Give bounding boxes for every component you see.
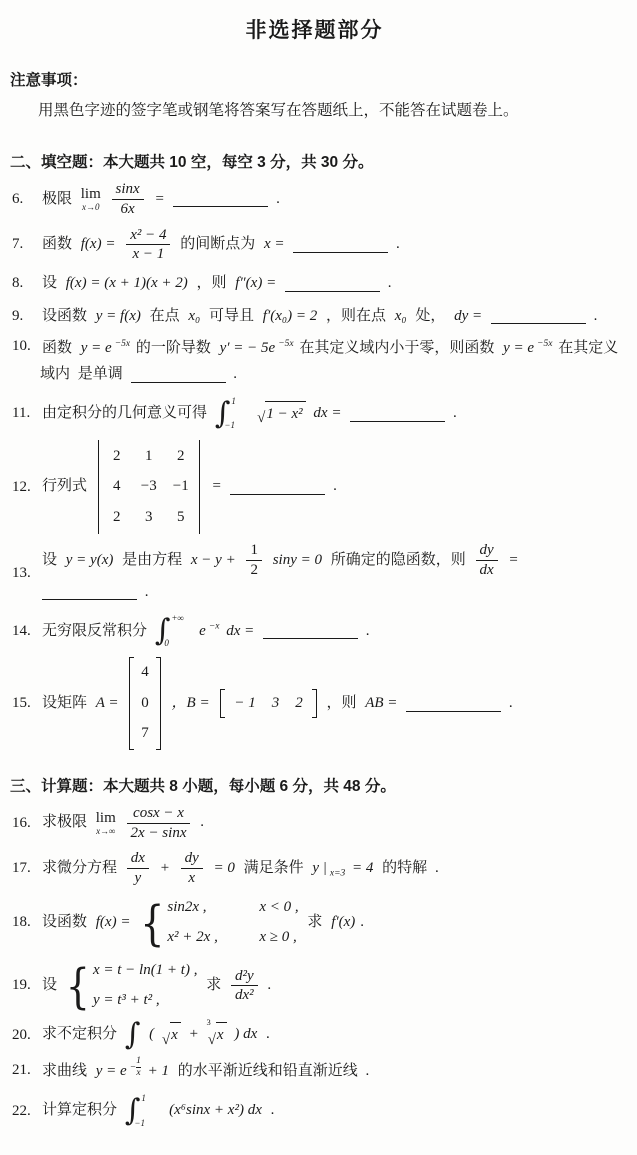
integral: +∞0 (155, 612, 191, 650)
question-body: 设函数 f(x) = sin2x ,x < 0 ,x² + 2x ,x ≥ 0 … (40, 895, 621, 951)
fraction: sinx6x (112, 180, 144, 219)
limit-operator: limx→0 (81, 187, 101, 212)
text-run: 的一阶导数 (136, 340, 211, 356)
matrix-cell: 2 (107, 444, 127, 470)
period: . (271, 1102, 275, 1118)
math-run: ，B = (172, 695, 210, 711)
right-bracket (156, 657, 161, 750)
fraction: 12 (246, 541, 262, 580)
text-run: 的水平渐近线和铅直渐近线 (178, 1063, 358, 1079)
cases-column: x = t − ln(1 + t) ,y = t³ + t² , (93, 958, 198, 1014)
numerator: 1 (136, 1056, 141, 1066)
denominator: 6x (112, 199, 144, 219)
upper-bound: +∞ (171, 611, 184, 626)
math-run: dx = (226, 623, 254, 639)
question-13: 13. 设 y = y(x) 是由方程 x − y + 12 siny = 0 … (8, 541, 621, 605)
integral: 1−1 (215, 395, 251, 433)
question-body: 行列式 212 4−3−1 235 = . (40, 440, 621, 535)
question-18: 18. 设函数 f(x) = sin2x ,x < 0 ,x² + 2x ,x … (8, 895, 621, 951)
numerator: cosx − x (127, 804, 191, 823)
question-number: 21. (8, 1062, 40, 1079)
period: . (453, 405, 457, 421)
case-expression: sin2x , (167, 895, 259, 921)
period: . (276, 191, 280, 207)
text-run: 可导且 (209, 308, 254, 324)
math-run: dx = (313, 405, 341, 421)
period: . (333, 478, 337, 494)
period: . (145, 584, 149, 600)
matrix-cell: −3 (139, 474, 159, 500)
fraction: cosx − x2x − sinx (127, 804, 191, 843)
matrix-cell: 4 (107, 474, 127, 500)
piecewise-cases: sin2x ,x < 0 ,x² + 2x ,x ≥ 0 , (140, 895, 298, 951)
question-14: 14. 无穷限反常积分 +∞0 e−x dx = . (8, 612, 621, 650)
text-run: 在点 (150, 308, 180, 324)
condition-subscript: x=3 (330, 869, 345, 879)
question-11: 11. 由定积分的几何意义可得 1−1 1 − x² dx = . (8, 395, 621, 433)
matrix-cell: − 1 (234, 691, 255, 717)
lim-subscript: x→0 (82, 203, 100, 212)
question-body: 求极限 limx→∞ cosx − x2x − sinx . (40, 804, 621, 843)
plus-sign: + (160, 860, 170, 876)
case-condition: x < 0 , (259, 895, 298, 921)
period: . (233, 366, 237, 382)
question-21: 21. 求曲线 y = e−1x + 1 的水平渐近线和铅直渐近线 . (8, 1056, 621, 1085)
question-body: 设 f(x) = (x + 1)(x + 2) ，则 f″(x) = . (40, 271, 621, 297)
exponent: −1x (130, 1063, 141, 1073)
question-number: 14. (8, 623, 40, 640)
math-run: A = (96, 695, 119, 711)
period: . (594, 308, 598, 324)
root-index: 3 (206, 1015, 210, 1042)
denominator: 2 (246, 560, 262, 580)
upper-bound: 1 (141, 1091, 146, 1106)
fraction: x² − 4x − 1 (126, 226, 170, 265)
text-run: 的特解 (382, 860, 427, 876)
case-expression: x² + 2x , (167, 925, 259, 951)
matrix-cell: 3 (139, 505, 159, 531)
text-run: 函数 (42, 340, 72, 356)
numerator: dy (476, 541, 498, 560)
page-title: 非选择题部分 (8, 14, 621, 44)
question-body: 计算定积分 1−1 (x⁶sinx + x²) dx . (40, 1092, 621, 1130)
derivative-fraction: d²ydx² (231, 967, 258, 1006)
numerator: dy (181, 849, 203, 868)
math-run: e (199, 623, 206, 639)
question-body: 函数 y = e−5x 的一阶导数 y′ = − 5e−5x 在其定义域内小于零… (40, 336, 621, 387)
brace (66, 962, 90, 1010)
matrix-cell: 0 (141, 691, 149, 717)
text-run: 求 (206, 977, 221, 993)
tiny-fraction: 1x (136, 1056, 141, 1078)
answer-blank (131, 367, 226, 383)
square-root: 1 − x² (257, 401, 306, 428)
cases-column: sin2x ,x < 0 ,x² + 2x ,x ≥ 0 , (167, 895, 298, 951)
question-19: 19. 设 x = t − ln(1 + t) ,y = t³ + t² , 求… (8, 958, 621, 1014)
brace (140, 899, 164, 947)
math-run: = 4 (352, 860, 373, 876)
text-run: 求不定积分 (42, 1026, 117, 1042)
text-run: 求极限 (42, 814, 87, 830)
limit-operator: limx→∞ (96, 811, 116, 836)
question-12: 12. 行列式 212 4−3−1 235 = . (8, 440, 621, 535)
answer-blank (173, 191, 268, 207)
equals-sign: = (212, 478, 222, 494)
text-run: 计算定积分 (42, 1102, 117, 1118)
text-run: 求 (307, 914, 322, 930)
question-number: 8. (8, 275, 40, 292)
question-body: 求不定积分 ( x + 3x ) dx . (40, 1021, 621, 1050)
exponent: −5x (278, 340, 293, 350)
denominator: 2x − sinx (127, 823, 191, 843)
derivative-fraction: dydx (476, 541, 498, 580)
plus-sign: + (189, 1026, 199, 1042)
text-run: 所确定的隐函数，则 (331, 552, 466, 568)
integral (125, 1021, 141, 1050)
question-number: 12. (8, 479, 40, 496)
text-run: 设函数 (42, 308, 87, 324)
question-number: 17. (8, 860, 40, 877)
integral-bounds: 1−1 (230, 395, 250, 433)
question-20: 20. 求不定积分 ( x + 3x ) dx . (8, 1021, 621, 1050)
math-run: f(x) = (81, 236, 116, 252)
text-run: 求微分方程 (42, 860, 117, 876)
answer-blank (263, 624, 358, 640)
matrix-row: − 132 (225, 689, 311, 719)
case-row: sin2x ,x < 0 , (167, 895, 298, 921)
determinant: 212 4−3−1 235 (98, 440, 200, 535)
cube-root: 3x (206, 1022, 226, 1049)
radicand: x (216, 1022, 227, 1049)
integral: 1−1 (125, 1092, 161, 1130)
exam-page: 非选择题部分 注意事项： 用黑色字迹的签字笔或钢笔将答案写在答题纸上，不能答在试… (0, 0, 637, 1155)
math-run: = 0 (213, 860, 234, 876)
math-run: y′ = − 5e (220, 340, 276, 356)
matrix-cell: −1 (171, 474, 191, 500)
fraction: dyx (181, 849, 203, 888)
question-number: 16. (8, 815, 40, 832)
period: . (267, 977, 271, 993)
text-run: ，则 (326, 695, 356, 711)
question-number: 7. (8, 236, 40, 253)
question-body: 由定积分的几何意义可得 1−1 1 − x² dx = . (40, 395, 621, 433)
math-run: AB = (365, 695, 397, 711)
question-10: 10. 函数 y = e−5x 的一阶导数 y′ = − 5e−5x 在其定义域… (8, 336, 621, 387)
numerator: sinx (112, 180, 144, 199)
question-8: 8. 设 f(x) = (x + 1)(x + 2) ，则 f″(x) = . (8, 271, 621, 297)
text-run: ，则 (197, 275, 227, 291)
matrix-cell: 2 (107, 505, 127, 531)
period: . (388, 275, 392, 291)
question-number: 19. (8, 977, 40, 994)
matrix-cell: 2 (295, 691, 303, 717)
column-matrix: 407 (129, 657, 161, 750)
notice-heading: 注意事项： (10, 68, 621, 90)
denominator: x (136, 1067, 141, 1078)
period: . (200, 814, 204, 830)
math-run: + 1 (148, 1063, 169, 1079)
text-run: 求曲线 (42, 1063, 87, 1079)
question-number: 11. (8, 405, 40, 422)
answer-blank (293, 237, 388, 253)
text-run: 由定积分的几何意义可得 (42, 405, 207, 421)
question-9: 9. 设函数 y = f(x) 在点 x₀ 可导且 f′(x₀) = 2 ，则在… (8, 304, 621, 330)
equals-sign: = (508, 552, 518, 568)
question-number: 20. (8, 1027, 40, 1044)
text-run: 设 (42, 275, 57, 291)
question-number: 22. (8, 1103, 40, 1120)
lower-bound: −1 (134, 1116, 145, 1131)
lower-bound: −1 (224, 418, 235, 433)
numerator: dx (127, 849, 149, 868)
denominator: x − 1 (126, 244, 170, 264)
case-row: y = t³ + t² , (93, 988, 198, 1014)
integral-bounds: 1−1 (140, 1092, 160, 1130)
text-run: ，则在点 (326, 308, 386, 324)
numerator: x² − 4 (126, 226, 170, 245)
period: . (366, 623, 370, 639)
text-run: 在其定义域内小于零，则函数 (299, 340, 494, 356)
period: . (366, 1063, 370, 1079)
text-run: 是由方程 (122, 552, 182, 568)
left-paren: ( (149, 1026, 154, 1042)
question-22: 22. 计算定积分 1−1 (x⁶sinx + x²) dx . (8, 1092, 621, 1130)
question-number: 9. (8, 308, 40, 325)
math-run: dy = (454, 308, 482, 324)
radical-sign (162, 1033, 170, 1049)
question-16: 16. 求极限 limx→∞ cosx − x2x − sinx . (8, 804, 621, 843)
row-matrix: − 132 (220, 689, 316, 719)
notice-body: 用黑色字迹的签字笔或钢笔将答案写在答题纸上，不能答在试题卷上。 (8, 98, 621, 120)
numerator: d²y (231, 967, 258, 986)
period: . (396, 236, 400, 252)
math-run: x − y + (191, 552, 236, 568)
math-run: ) dx (234, 1026, 257, 1042)
section-fill-heading: 二、填空题：本大题共 10 空，每空 3 分，共 30 分。 (10, 150, 621, 172)
case-row: x = t − ln(1 + t) , (93, 958, 198, 984)
text-run: 设函数 (42, 914, 87, 930)
question-body: 设矩阵 A = 407 ，B = − 132 ，则 AB = . (40, 657, 621, 750)
math-run: f″(x) = (235, 275, 276, 291)
answer-blank (285, 276, 380, 292)
question-body: 设函数 y = f(x) 在点 x₀ 可导且 f′(x₀) = 2 ，则在点 x… (40, 304, 621, 330)
math-run: x₀ (395, 308, 407, 324)
parametric-system: x = t − ln(1 + t) ,y = t³ + t² , (66, 958, 198, 1014)
lim-subscript: x→∞ (96, 827, 115, 836)
math-run: x₀ (188, 308, 200, 324)
text-run: 是单调 (78, 366, 123, 382)
question-15: 15. 设矩阵 A = 407 ，B = − 132 ，则 AB = . (8, 657, 621, 750)
lim-word: lim (96, 811, 116, 826)
question-number: 18. (8, 914, 40, 931)
text-run: 设 (42, 552, 57, 568)
fraction: dxy (127, 849, 149, 888)
text-run: 行列式 (42, 478, 87, 494)
integral-sign (125, 1021, 141, 1050)
question-body: 函数 f(x) = x² − 4x − 1 的间断点为 x = . (40, 226, 621, 265)
answer-blank (42, 585, 137, 601)
denominator: dx (476, 560, 498, 580)
matrix-cell: 3 (272, 691, 280, 717)
lim-word: lim (81, 187, 101, 202)
matrix-cell: 4 (141, 660, 149, 686)
question-number: 13. (8, 565, 40, 582)
exponent: −5x (115, 340, 130, 350)
text-run: 极限 (42, 191, 72, 207)
matrix-cell: 2 (171, 444, 191, 470)
integral-bounds: +∞0 (170, 612, 190, 650)
radicand: 1 − x² (265, 401, 305, 428)
question-number: 15. (8, 695, 40, 712)
math-run: y = e (81, 340, 112, 356)
matrix-cell: 7 (141, 721, 149, 747)
case-row: x² + 2x ,x ≥ 0 , (167, 925, 298, 951)
denominator: dx² (231, 985, 258, 1005)
denominator: y (127, 868, 149, 888)
text-run: 满足条件 (244, 860, 304, 876)
text-run: 设 (42, 977, 57, 993)
period: . (435, 860, 439, 876)
period: . (360, 914, 364, 930)
text-run: 无穷限反常积分 (42, 623, 147, 639)
question-body: 极限 limx→0 sinx6x = . (40, 180, 621, 219)
question-7: 7. 函数 f(x) = x² − 4x − 1 的间断点为 x = . (8, 226, 621, 265)
radicand: x (170, 1022, 181, 1049)
math-run: f′(x₀) = 2 (263, 308, 317, 324)
math-run: siny = 0 (273, 552, 322, 568)
answer-blank (230, 479, 325, 495)
equals-sign: = (154, 191, 164, 207)
text-run: 的间断点为 (180, 236, 255, 252)
section-calc-heading: 三、计算题：本大题共 8 小题，每小题 6 分，共 48 分。 (10, 774, 621, 796)
denominator: x (181, 868, 203, 888)
text-run: 设矩阵 (42, 695, 87, 711)
exponent: −5x (537, 340, 552, 350)
period: . (266, 1026, 270, 1042)
question-number: 10. (8, 336, 40, 355)
answer-blank (350, 406, 445, 422)
math-run: y = y(x) (66, 552, 114, 568)
upper-bound: 1 (231, 394, 236, 409)
matrix-cell: 1 (139, 444, 159, 470)
math-run: f(x) = (96, 914, 131, 930)
square-root: x (162, 1022, 181, 1049)
math-run: y | (312, 860, 327, 876)
question-17: 17. 求微分方程 dxy + dyx = 0 满足条件 y |x=3 = 4 … (8, 849, 621, 888)
math-run: f′(x) (331, 914, 355, 930)
question-body: 求曲线 y = e−1x + 1 的水平渐近线和铅直渐近线 . (40, 1056, 621, 1085)
question-6: 6. 极限 limx→0 sinx6x = . (8, 180, 621, 219)
math-run: y = e (96, 1063, 127, 1079)
math-run: y = e (503, 340, 534, 356)
exponent: −x (209, 622, 220, 632)
answer-blank (491, 309, 586, 325)
math-run: x = (264, 236, 285, 252)
text-run: 处， (415, 308, 445, 324)
numerator: 1 (246, 541, 262, 560)
answer-blank (406, 696, 501, 712)
question-body: 设 x = t − ln(1 + t) ,y = t³ + t² , 求 d²y… (40, 958, 621, 1014)
radical-sign (257, 411, 265, 427)
period: . (509, 695, 513, 711)
matrix-column: 407 (134, 657, 156, 750)
right-bracket (312, 689, 317, 719)
matrix-cell: 5 (171, 505, 191, 531)
math-run: y = f(x) (96, 308, 141, 324)
question-body: 求微分方程 dxy + dyx = 0 满足条件 y |x=3 = 4 的特解 … (40, 849, 621, 888)
math-run: f(x) = (x + 1)(x + 2) (66, 275, 188, 291)
case-condition: x ≥ 0 , (259, 925, 296, 951)
question-number: 6. (8, 191, 40, 208)
question-body: 设 y = y(x) 是由方程 x − y + 12 siny = 0 所确定的… (40, 541, 621, 605)
text-run: 函数 (42, 236, 72, 252)
question-body: 无穷限反常积分 +∞0 e−x dx = . (40, 612, 621, 650)
lower-bound: 0 (164, 636, 169, 651)
math-run: (x⁶sinx + x²) dx (169, 1102, 262, 1118)
